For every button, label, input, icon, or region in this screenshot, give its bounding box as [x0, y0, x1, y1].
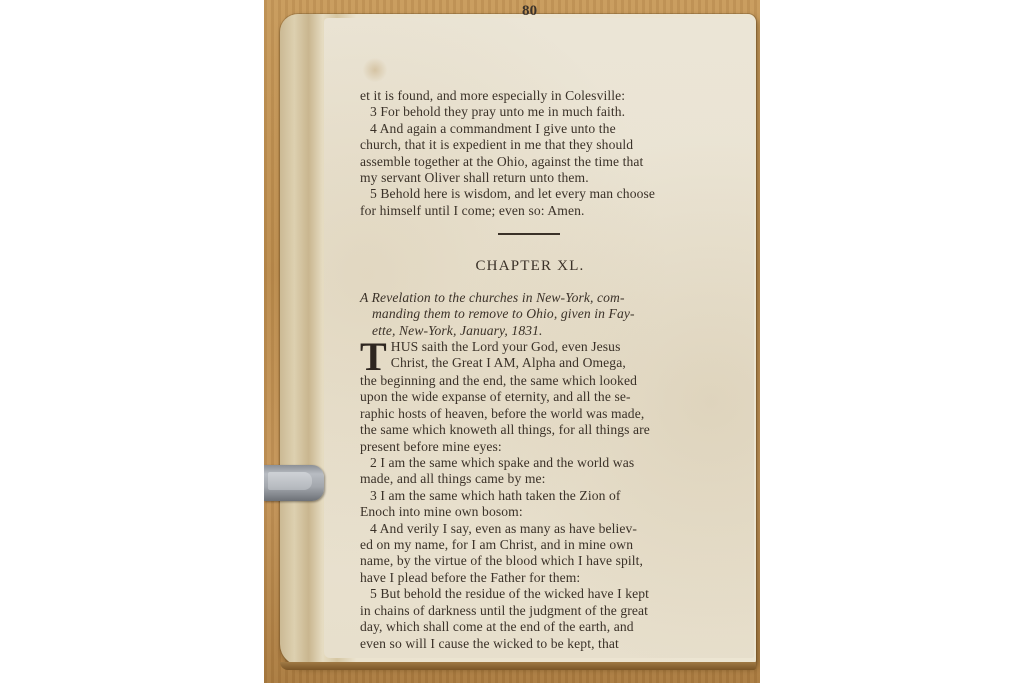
text-line: my servant Oliver shall return unto them…: [360, 170, 700, 186]
bookmark-tab: [264, 465, 324, 501]
bookmark-tab-highlight: [268, 472, 312, 490]
page-number: 80: [522, 3, 537, 19]
text-line: et it is found, and more especially in C…: [360, 88, 700, 104]
body-line: name, by the virtue of the blood which I…: [360, 553, 700, 569]
body-line: even so will I cause the wicked to be ke…: [360, 636, 700, 652]
body-line: made, and all things came by me:: [360, 471, 700, 487]
summary-line: manding them to remove to Ohio, given in…: [360, 306, 700, 322]
body-line: have I plead before the Father for them:: [360, 570, 700, 586]
verse-3: 3 I am the same which hath taken the Zio…: [360, 488, 700, 504]
verse-2: 2 I am the same which spake and the worl…: [360, 455, 700, 471]
verse-5: 5 But behold the residue of the wicked h…: [360, 586, 700, 602]
body-line: in chains of darkness until the judgment…: [360, 603, 700, 619]
verse-5: 5 Behold here is wisdom, and let every m…: [360, 186, 700, 202]
text-line: for himself until I come; even so: Amen.: [360, 203, 700, 219]
book-cover-edge: [280, 662, 756, 670]
body-line: the beginning and the end, the same whic…: [360, 373, 700, 389]
body-line: upon the wide expanse of eternity, and a…: [360, 389, 700, 405]
previous-section: et it is found, and more especially in C…: [360, 88, 700, 219]
body-line: raphic hosts of heaven, before the world…: [360, 406, 700, 422]
body-line: Enoch into mine own bosom:: [360, 504, 700, 520]
drop-cap: T: [360, 341, 387, 373]
verse-4: 4 And again a commandment I give unto th…: [360, 121, 700, 137]
summary-line: ette, New-York, January, 1831.: [360, 323, 700, 339]
chapter-body: T HUS saith the Lord your God, even Jesu…: [360, 339, 700, 652]
body-line: Christ, the Great I AM, Alpha and Omega,: [360, 355, 700, 371]
chapter-heading: CHAPTER XL.: [360, 258, 700, 274]
text-line: assemble together at the Ohio, against t…: [360, 154, 700, 170]
summary-line: A Revelation to the churches in New-York…: [360, 290, 700, 306]
body-line: present before mine eyes:: [360, 439, 700, 455]
book-photograph: 80 et it is found, and more especially i…: [264, 0, 760, 683]
verse-3: 3 For behold they pray unto me in much f…: [360, 104, 700, 120]
body-line: HUS saith the Lord your God, even Jesus: [360, 339, 700, 355]
body-line: ed on my name, for I am Christ, and in m…: [360, 537, 700, 553]
body-line: day, which shall come at the end of the …: [360, 619, 700, 635]
chapter-summary: A Revelation to the churches in New-York…: [360, 290, 700, 339]
verse-4: 4 And verily I say, even as many as have…: [360, 521, 700, 537]
body-line: the same which knoweth all things, for a…: [360, 422, 700, 438]
paper-stain: [362, 58, 388, 82]
section-divider: [498, 233, 560, 235]
text-line: church, that it is expedient in me that …: [360, 137, 700, 153]
